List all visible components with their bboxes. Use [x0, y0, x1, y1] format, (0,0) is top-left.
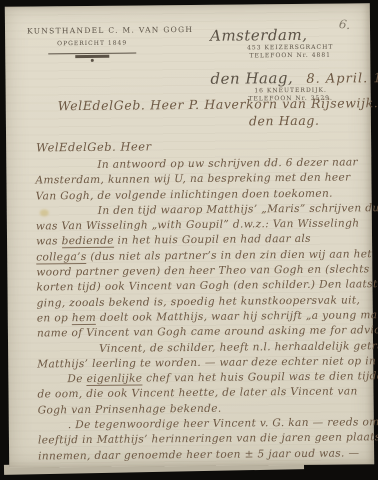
- letter-body: In antwoord op uw schrijven dd. 6 dezer …: [35, 155, 363, 464]
- founded-line: OPGERICHT 1849: [27, 39, 157, 47]
- scanned-letter-photo: 6. KUNSTHANDEL C. M. VAN GOGH OPGERICHT …: [0, 0, 378, 480]
- letter-line: de oom, die ook Vincent heette, de later…: [37, 385, 362, 403]
- letterhead-left: KUNSTHANDEL C. M. VAN GOGH OPGERICHT 184…: [27, 25, 157, 54]
- letterhead-ornament-rule: [48, 53, 136, 55]
- date-line: den Haag, 8. April. 16.: [210, 67, 370, 88]
- firm-name: KUNSTHANDEL C. M. VAN GOGH: [27, 25, 157, 35]
- letter-line: innemen, daar genoemde heer toen ± 5 jaa…: [38, 446, 363, 464]
- letterhead-right: Amsterdam, 453 KEIZERSGRACHT TELEFOON Nr…: [210, 25, 371, 104]
- addressee-city: den Haag.: [249, 113, 320, 129]
- addressee-name: WelEdelGeb. Heer P. Haverkorn van Rijsew…: [58, 95, 358, 113]
- hague-city: den Haag,: [210, 69, 293, 88]
- letter-paper: 6. KUNSTHANDEL C. M. VAN GOGH OPGERICHT …: [5, 3, 374, 467]
- salutation: WelEdelGeb. Heer: [36, 139, 152, 154]
- handwritten-date: 8. April. 16.: [306, 71, 378, 87]
- amsterdam-city: Amsterdam,: [210, 25, 370, 45]
- amsterdam-phone: TELEFOON Nr. 4881: [210, 51, 370, 61]
